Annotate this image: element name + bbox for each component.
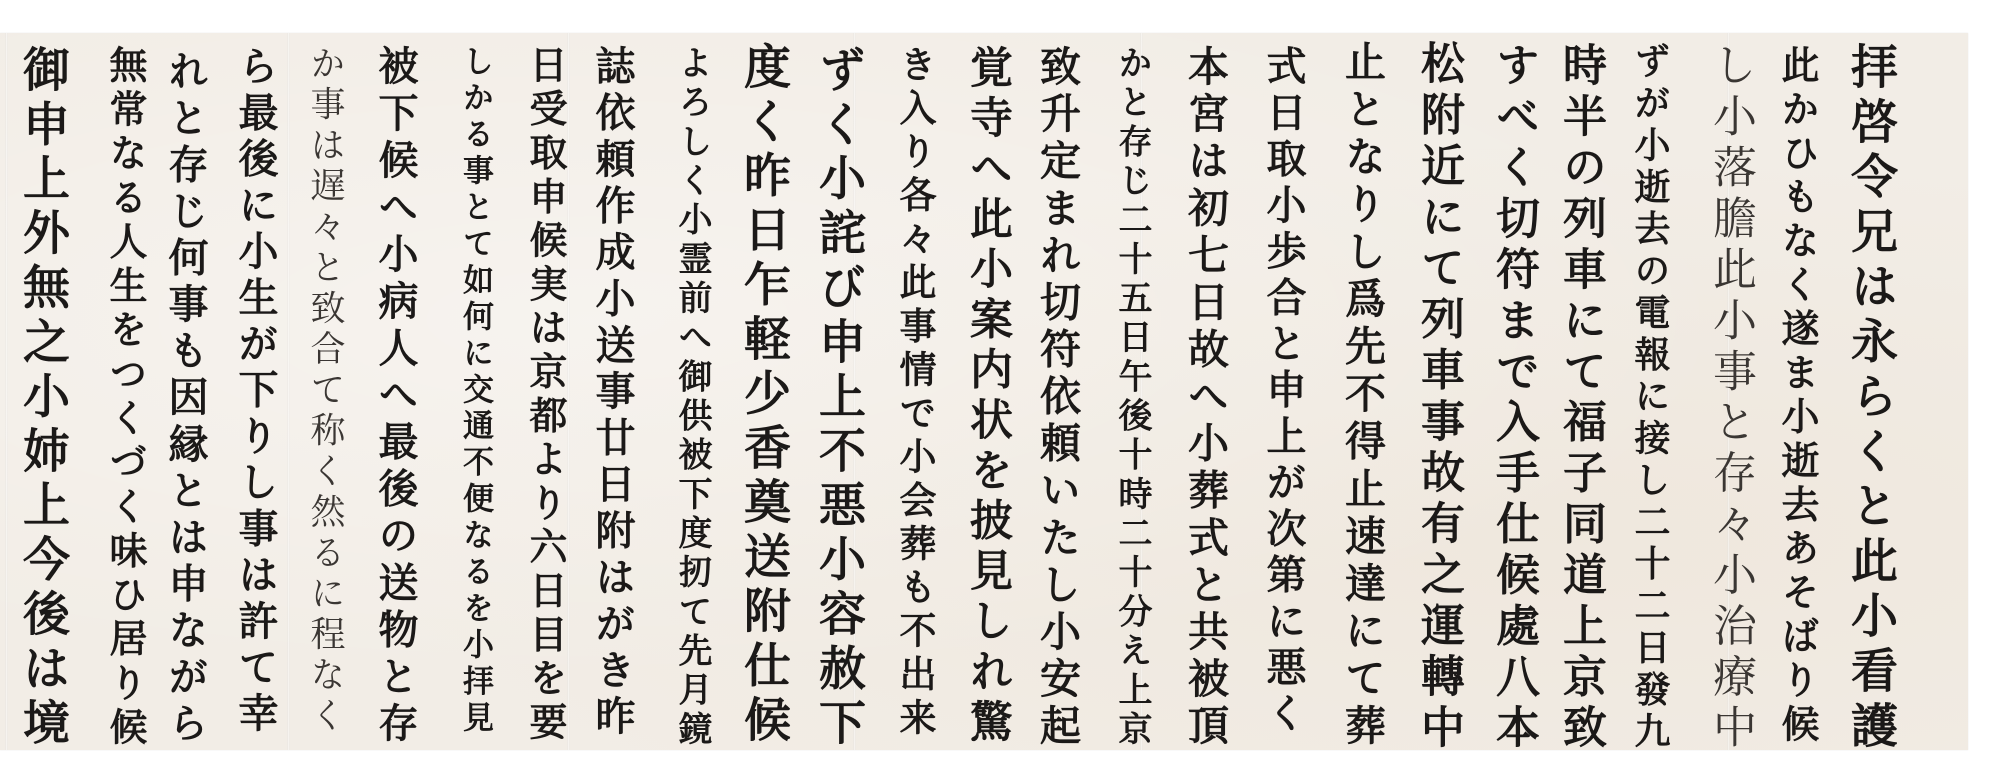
letter-column: 拝啓令兄は永らくと此小看護 [1838,42,1902,748]
letter-column: よろしく小霊前へ御供被下度扨て先月鏡 [660,45,724,745]
letter-column: しかる事とて如何に交通不便なるを小拝見 [443,45,507,732]
letter-column: 無常なる人生をつくづく味ひ居り候 [93,45,157,745]
letter-column: か事は遅々と致合て称く然るに程なく [293,45,357,732]
paper-crease [5,33,8,750]
letter-column: 致升定まれ切符依頼いたし小安起 [1025,45,1089,745]
letter-column: 被下候へ小病人へ最後の送物と存 [363,45,427,742]
letter-column: 誌依頼作成小送事廿日附はがき昨 [580,45,644,735]
letter-column: かと存じ二十五日午後十時二十分え上京 [1100,45,1164,745]
letter-column: すべく切符まで入手仕候處八本 [1481,42,1545,748]
letter-column: 本宮は初七日故へ小葬式と共被頂 [1173,45,1237,745]
letter-column: れと存じ何事も因縁とは申ながら [153,50,217,742]
letter-column: き入り各々此事情で小会葬も不出来 [883,45,947,735]
letter-column: 松附近にて列車事故有之運轉中 [1406,40,1470,748]
letter-column: ずが小逝去の電報に接し二十二日發九 [1618,42,1682,748]
letter-column: 式日取小歩合と申上が次第に悪く [1251,45,1315,732]
letter-column: 時半の列車にて福子同道上京致 [1548,42,1612,748]
letter-column: 度く昨日乍軽少香奠送附仕候 [731,42,795,742]
letter-column: 御申上外無之小姉上今後は境 [10,45,74,745]
scan-canvas: 拝啓令兄は永らくと此小看護 此かひもなく遂ま小逝去あそばり候 し小落膽此小事と存… [0,0,2000,775]
letter-column: し小落膽此小事と存々小治療中 [1698,42,1762,748]
paper-crease [287,33,290,750]
letter-column: 止となりし爲先不得止速達にて葬 [1330,40,1394,745]
letter-column: ずく小詫び申上不悪小容赦下 [806,45,870,745]
letter-column: 此かひもなく遂ま小逝去あそばり候 [1765,45,1829,742]
letter-column: 覚寺へ此小案内状を披見しれ驚 [956,45,1020,742]
letter-column: ら最後に小生が下りし事は許て幸 [223,45,287,732]
letter-column: 日受取申候実は京都より六日目を要 [513,45,577,740]
